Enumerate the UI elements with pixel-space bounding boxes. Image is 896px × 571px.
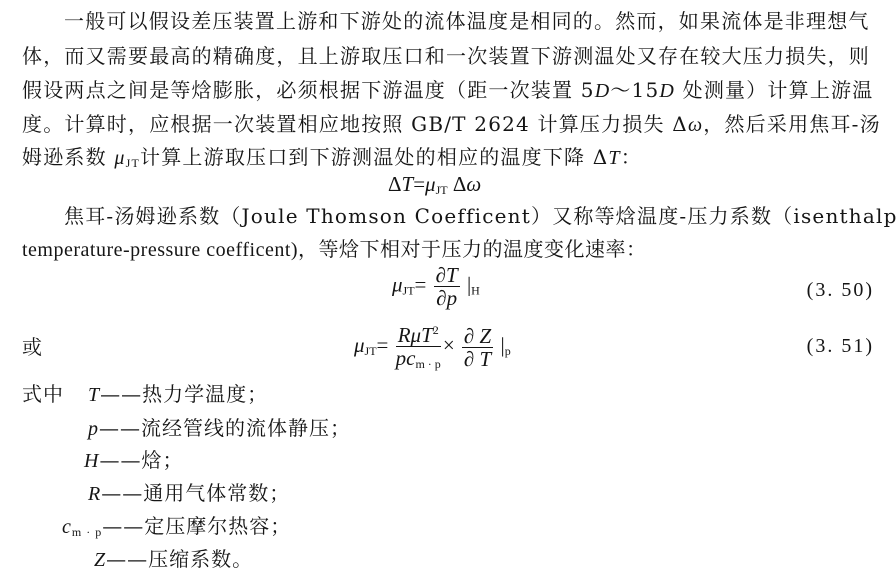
legend-item-p: p——流经管线的流体静压； bbox=[88, 412, 351, 441]
partial-fraction: ∂ Z ∂ T bbox=[462, 325, 493, 370]
condition-subscript: H bbox=[471, 283, 480, 297]
text-segment: ～15 bbox=[610, 78, 659, 102]
equals-sign: = bbox=[377, 333, 389, 357]
description: 焓； bbox=[141, 448, 183, 472]
text-segment: 度。计算时，应根据一次装置相应地按照 GB/T 2624 计算压力损失 Δ bbox=[22, 112, 688, 136]
description: 压缩系数。 bbox=[148, 547, 253, 571]
description: 通用气体常数； bbox=[143, 481, 290, 505]
denominator: pcm · p bbox=[396, 347, 441, 375]
symbol: c bbox=[62, 516, 72, 539]
symbol: T bbox=[88, 384, 100, 407]
legend-item-t: T——热力学温度； bbox=[88, 378, 268, 407]
legend-prefix: 式中 bbox=[22, 378, 64, 407]
t-symbol: T bbox=[421, 323, 433, 347]
symbol: Z bbox=[94, 549, 106, 571]
mu-symbol: μ bbox=[354, 333, 365, 357]
symbol: H bbox=[84, 450, 99, 473]
symbol-subscript: m · p bbox=[72, 525, 102, 539]
jt-subscript: JT bbox=[403, 283, 415, 297]
dash: —— bbox=[102, 514, 144, 538]
paragraph1-line4: 度。计算时，应根据一次装置相应地按照 GB/T 2624 计算压力损失 Δω，然… bbox=[22, 113, 881, 136]
jt-subscript: JT bbox=[365, 344, 377, 358]
diameter-symbol: D bbox=[595, 80, 611, 102]
equation-3-50: μJT= ∂T ∂p |H bbox=[392, 264, 480, 309]
omega-symbol: ω bbox=[688, 114, 703, 136]
mu-symbol: μ bbox=[425, 172, 436, 196]
t-symbol: T bbox=[608, 147, 620, 169]
numerator: ∂T bbox=[434, 264, 460, 287]
text-segment: 假设两点之间是等焓膨胀，必须根据下游温度（距一次装置 5 bbox=[22, 78, 595, 102]
dash: —— bbox=[101, 481, 143, 505]
equals-sign: = bbox=[413, 172, 425, 196]
text-segment: ： bbox=[621, 145, 642, 169]
mu-symbol: μ bbox=[114, 147, 125, 169]
dash: —— bbox=[99, 416, 141, 440]
mu-symbol: μ bbox=[411, 323, 422, 347]
equals-sign: = bbox=[415, 272, 427, 296]
text-segment: 处测量）计算上游温 bbox=[675, 78, 873, 102]
legend-item-z: Z——压缩系数。 bbox=[94, 543, 253, 571]
dash: —— bbox=[106, 547, 148, 571]
paragraph1-line1: 一般可以假设差压装置上游和下游处的流体温度是相同的。然而，如果流体是非理想气 bbox=[64, 10, 870, 32]
jt-subscript: JT bbox=[436, 183, 448, 197]
denominator: ∂ T bbox=[462, 348, 493, 370]
delta-symbol: Δ bbox=[453, 172, 467, 196]
text-segment: ，然后采用焦耳-汤 bbox=[703, 112, 881, 136]
t-symbol: T bbox=[402, 172, 414, 196]
denominator: ∂p bbox=[434, 287, 460, 309]
paragraph2-line2: temperature-pressure coefficent)，等焓下相对于压… bbox=[22, 239, 647, 261]
delta-symbol: Δ bbox=[388, 172, 402, 196]
numerator: RμT2 bbox=[396, 319, 441, 347]
dash: —— bbox=[99, 448, 141, 472]
p-symbol: p bbox=[396, 346, 407, 370]
legend-item-cmp: cm · p——定压摩尔热容； bbox=[62, 510, 291, 540]
exponent: 2 bbox=[433, 323, 439, 337]
paragraph1-line5: 姆逊系数 μJT计算上游取压口到下游测温处的相应的温度下降 ΔT： bbox=[22, 146, 642, 174]
numerator: ∂ Z bbox=[462, 325, 493, 348]
formula-delta-t: ΔT=μJT Δω bbox=[388, 172, 481, 198]
mu-symbol: μ bbox=[392, 272, 403, 296]
legend-item-h: H——焓； bbox=[84, 444, 183, 473]
equation-3-51: μJT= RμT2 pcm · p × ∂ Z ∂ T |p bbox=[354, 319, 511, 375]
description: 定压摩尔热容； bbox=[144, 514, 291, 538]
condition-subscript: p bbox=[505, 344, 511, 358]
main-fraction: RμT2 pcm · p bbox=[396, 319, 441, 375]
r-symbol: R bbox=[398, 323, 411, 347]
legend-item-r: R——通用气体常数； bbox=[88, 477, 290, 506]
jt-subscript: JT bbox=[126, 156, 140, 170]
symbol: p bbox=[88, 418, 99, 441]
partial-fraction: ∂T ∂p bbox=[434, 264, 460, 309]
symbol: R bbox=[88, 483, 101, 506]
paragraph1-line2: 体，而又需要最高的精确度，且上游取压口和一次装置下游测温处又存在较大压力损失，则 bbox=[22, 45, 870, 67]
text-segment: 计算上游取压口到下游测温处的相应的温度下降 Δ bbox=[140, 145, 608, 169]
description: 热力学温度； bbox=[142, 382, 268, 406]
paragraph2-line1: 焦耳-汤姆逊系数（Joule Thomson Coefficent）又称等焓温度… bbox=[64, 205, 896, 227]
times-sign: × bbox=[443, 333, 455, 357]
equation-number-3-50: (3. 50) bbox=[807, 279, 874, 302]
description: 流经管线的流体静压； bbox=[141, 416, 351, 440]
cmp-subscript: m · p bbox=[415, 357, 440, 371]
diameter-symbol: D bbox=[659, 80, 675, 102]
paragraph1-line3: 假设两点之间是等焓膨胀，必须根据下游温度（距一次装置 5D～15D 处测量）计算… bbox=[22, 79, 873, 102]
text-segment: 姆逊系数 bbox=[22, 145, 114, 169]
or-label: 或 bbox=[22, 336, 43, 358]
omega-symbol: ω bbox=[466, 172, 481, 196]
equation-number-3-51: (3. 51) bbox=[807, 335, 874, 358]
dash: —— bbox=[100, 382, 142, 406]
